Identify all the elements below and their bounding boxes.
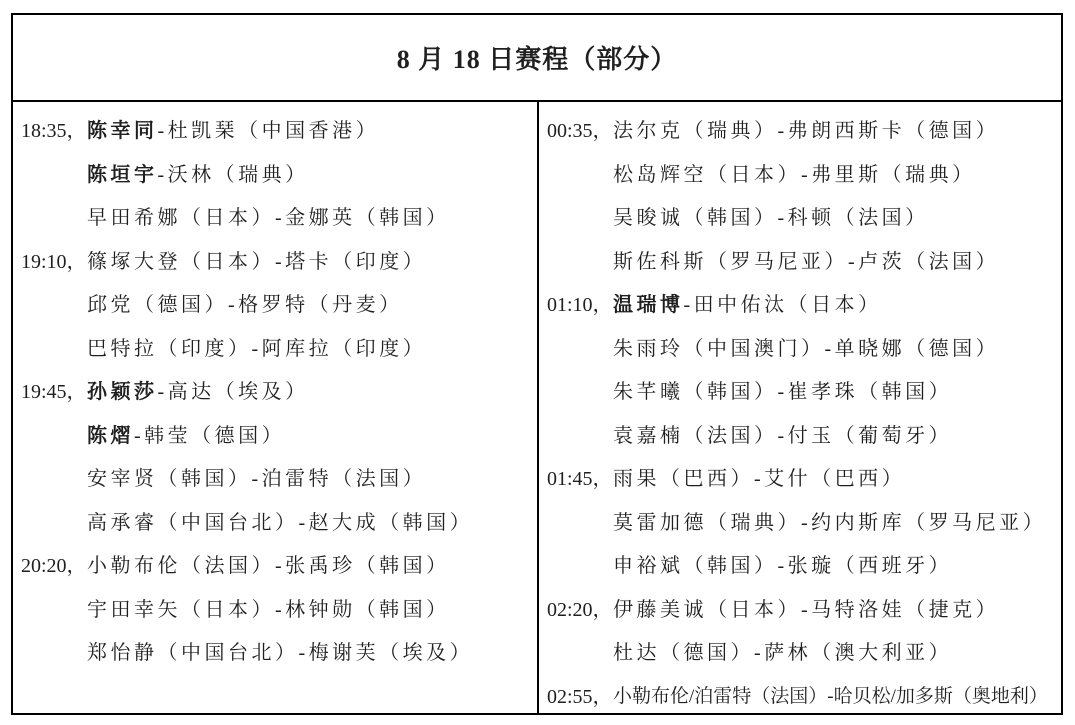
player-name-bold: 陈幸同 [87, 120, 158, 142]
match-segment: 安宰贤（韩国）-泊雷特（法国） [87, 468, 426, 490]
match-text: 斯佐科斯（罗马尼亚）-卢茨（法国） [613, 245, 999, 274]
match-segment: 莫雷加德（瑞典）-约内斯库（罗马尼亚） [613, 512, 1046, 534]
match-segment: -沃林（瑞典） [158, 164, 309, 186]
match-segment: -高达（埃及） [158, 381, 309, 403]
match-row: 19:10，篠塚大登（日本）-塔卡（印度） [21, 238, 537, 282]
match-row: 20:20，小勒布伦（法国）-张禹珍（韩国） [21, 542, 537, 586]
match-time: 20:20， [21, 549, 87, 578]
match-row: 邱党（德国）-格罗特（丹麦） [21, 281, 537, 325]
match-row: 朱芊曦（韩国）-崔孝珠（韩国） [547, 368, 1061, 412]
table-body: 18:35，陈幸同-杜凯琹（中国香港）陈垣宇-沃林（瑞典）早田希娜（日本）-金娜… [13, 102, 1061, 713]
match-time: 00:35， [547, 114, 613, 143]
match-segment: 松岛辉空（日本）-弗里斯（瑞典） [613, 164, 976, 186]
match-segment: 申裕斌（韩国）-张璇（西班牙） [613, 555, 952, 577]
match-text: 小勒布伦/泊雷特（法国）-哈贝松/加多斯（奥地利） [613, 681, 1048, 708]
match-text: 小勒布伦（法国）-张禹珍（韩国） [87, 549, 450, 578]
match-text: 雨果（巴西）-艾什（巴西） [613, 462, 905, 491]
schedule-table: 8 月 18 日赛程（部分） 18:35，陈幸同-杜凯琹（中国香港）陈垣宇-沃林… [11, 13, 1063, 715]
player-name-bold: 孙颖莎 [87, 381, 158, 403]
match-row: 朱雨玲（中国澳门）-单晓娜（德国） [547, 325, 1061, 369]
match-segment: 篠塚大登（日本）-塔卡（印度） [87, 251, 426, 273]
table-title-row: 8 月 18 日赛程（部分） [13, 15, 1061, 102]
match-text: 早田希娜（日本）-金娜英（韩国） [87, 201, 450, 230]
match-row: 郑怡静（中国台北）-梅谢芙（埃及） [21, 629, 537, 673]
match-segment: -杜凯琹（中国香港） [158, 120, 380, 142]
match-text: 申裕斌（韩国）-张璇（西班牙） [613, 549, 952, 578]
match-row: 19:45，孙颖莎-高达（埃及） [21, 368, 537, 412]
match-row: 申裕斌（韩国）-张璇（西班牙） [547, 542, 1061, 586]
match-row: 陈熠-韩莹（德国） [21, 412, 537, 456]
match-row: 宇田幸矢（日本）-林钟勋（韩国） [21, 586, 537, 630]
match-row: 袁嘉楠（法国）-付玉（葡萄牙） [547, 412, 1061, 456]
match-segment: 斯佐科斯（罗马尼亚）-卢茨（法国） [613, 251, 999, 273]
match-segment: 伊藤美诚（日本）-马特洛娃（捷克） [613, 599, 999, 621]
match-row: 安宰贤（韩国）-泊雷特（法国） [21, 455, 537, 499]
player-name-bold: 陈垣宇 [87, 164, 158, 186]
schedule-column-left: 18:35，陈幸同-杜凯琹（中国香港）陈垣宇-沃林（瑞典）早田希娜（日本）-金娜… [13, 102, 537, 713]
match-text: 袁嘉楠（法国）-付玉（葡萄牙） [613, 419, 952, 448]
match-text: 安宰贤（韩国）-泊雷特（法国） [87, 462, 426, 491]
match-time: 01:45， [547, 462, 613, 491]
match-text: 松岛辉空（日本）-弗里斯（瑞典） [613, 158, 976, 187]
match-text: 法尔克（瑞典）-弗朗西斯卡（德国） [613, 114, 999, 143]
match-segment: 杜达（德国）-萨林（澳大利亚） [613, 642, 952, 664]
match-segment: 法尔克（瑞典）-弗朗西斯卡（德国） [613, 120, 999, 142]
match-row: 杜达（德国）-萨林（澳大利亚） [547, 629, 1061, 673]
match-row: 01:10，温瑞博-田中佑汰（日本） [547, 281, 1061, 325]
player-name-bold: 温瑞博 [613, 294, 684, 316]
match-time: 01:10， [547, 288, 613, 317]
match-text: 篠塚大登（日本）-塔卡（印度） [87, 245, 426, 274]
match-text: 莫雷加德（瑞典）-约内斯库（罗马尼亚） [613, 506, 1046, 535]
match-row: 00:35，法尔克（瑞典）-弗朗西斯卡（德国） [547, 107, 1061, 151]
match-time: 19:45， [21, 375, 87, 404]
match-row: 18:35，陈幸同-杜凯琹（中国香港） [21, 107, 537, 151]
match-row: 斯佐科斯（罗马尼亚）-卢茨（法国） [547, 238, 1061, 282]
match-segment: 雨果（巴西）-艾什（巴西） [613, 468, 905, 490]
match-segment: 宇田幸矢（日本）-林钟勋（韩国） [87, 599, 450, 621]
match-segment: 邱党（德国）-格罗特（丹麦） [87, 294, 403, 316]
match-text: 陈垣宇-沃林（瑞典） [87, 158, 309, 187]
match-time: 19:10， [21, 245, 87, 274]
match-text: 邱党（德国）-格罗特（丹麦） [87, 288, 403, 317]
match-segment: -田中佑汰（日本） [684, 294, 882, 316]
match-row: 高承睿（中国台北）-赵大成（韩国） [21, 499, 537, 543]
match-time: 02:55， [547, 680, 613, 709]
schedule-column-right: 00:35，法尔克（瑞典）-弗朗西斯卡（德国）松岛辉空（日本）-弗里斯（瑞典）吴… [537, 102, 1061, 713]
schedule-page: 8 月 18 日赛程（部分） 18:35，陈幸同-杜凯琹（中国香港）陈垣宇-沃林… [0, 0, 1075, 725]
match-segment: 早田希娜（日本）-金娜英（韩国） [87, 207, 450, 229]
match-text: 郑怡静（中国台北）-梅谢芙（埃及） [87, 636, 473, 665]
page-title: 8 月 18 日赛程（部分） [397, 39, 678, 76]
match-segment: 郑怡静（中国台北）-梅谢芙（埃及） [87, 642, 473, 664]
match-row: 02:20，伊藤美诚（日本）-马特洛娃（捷克） [547, 586, 1061, 630]
match-text: 巴特拉（印度）-阿库拉（印度） [87, 332, 426, 361]
match-segment: -韩莹（德国） [134, 425, 285, 447]
match-text: 宇田幸矢（日本）-林钟勋（韩国） [87, 593, 450, 622]
match-row: 巴特拉（印度）-阿库拉（印度） [21, 325, 537, 369]
match-text: 高承睿（中国台北）-赵大成（韩国） [87, 506, 473, 535]
match-row: 早田希娜（日本）-金娜英（韩国） [21, 194, 537, 238]
match-text: 杜达（德国）-萨林（澳大利亚） [613, 636, 952, 665]
match-segment: 巴特拉（印度）-阿库拉（印度） [87, 338, 426, 360]
match-text: 伊藤美诚（日本）-马特洛娃（捷克） [613, 593, 999, 622]
match-row: 吴晙诚（韩国）-科顿（法国） [547, 194, 1061, 238]
match-text: 陈熠-韩莹（德国） [87, 419, 285, 448]
match-text: 温瑞博-田中佑汰（日本） [613, 288, 882, 317]
match-time: 02:20， [547, 593, 613, 622]
match-segment: 小勒布伦（法国）-张禹珍（韩国） [87, 555, 450, 577]
match-segment: 朱芊曦（韩国）-崔孝珠（韩国） [613, 381, 952, 403]
match-row: 莫雷加德（瑞典）-约内斯库（罗马尼亚） [547, 499, 1061, 543]
match-text: 吴晙诚（韩国）-科顿（法国） [613, 201, 929, 230]
match-segment: 袁嘉楠（法国）-付玉（葡萄牙） [613, 425, 952, 447]
match-row: 松岛辉空（日本）-弗里斯（瑞典） [547, 151, 1061, 195]
match-row: 陈垣宇-沃林（瑞典） [21, 151, 537, 195]
match-segment: 朱雨玲（中国澳门）-单晓娜（德国） [613, 338, 999, 360]
match-text: 朱芊曦（韩国）-崔孝珠（韩国） [613, 375, 952, 404]
match-text: 陈幸同-杜凯琹（中国香港） [87, 114, 379, 143]
match-segment: 高承睿（中国台北）-赵大成（韩国） [87, 512, 473, 534]
match-segment: 吴晙诚（韩国）-科顿（法国） [613, 207, 929, 229]
match-row: 02:55，小勒布伦/泊雷特（法国）-哈贝松/加多斯（奥地利） [547, 673, 1061, 714]
match-text: 朱雨玲（中国澳门）-单晓娜（德国） [613, 332, 999, 361]
match-time: 18:35， [21, 114, 87, 143]
match-segment: 小勒布伦/泊雷特（法国）-哈贝松/加多斯（奥地利） [613, 686, 1048, 707]
player-name-bold: 陈熠 [87, 425, 134, 447]
match-row: 01:45，雨果（巴西）-艾什（巴西） [547, 455, 1061, 499]
match-text: 孙颖莎-高达（埃及） [87, 375, 309, 404]
